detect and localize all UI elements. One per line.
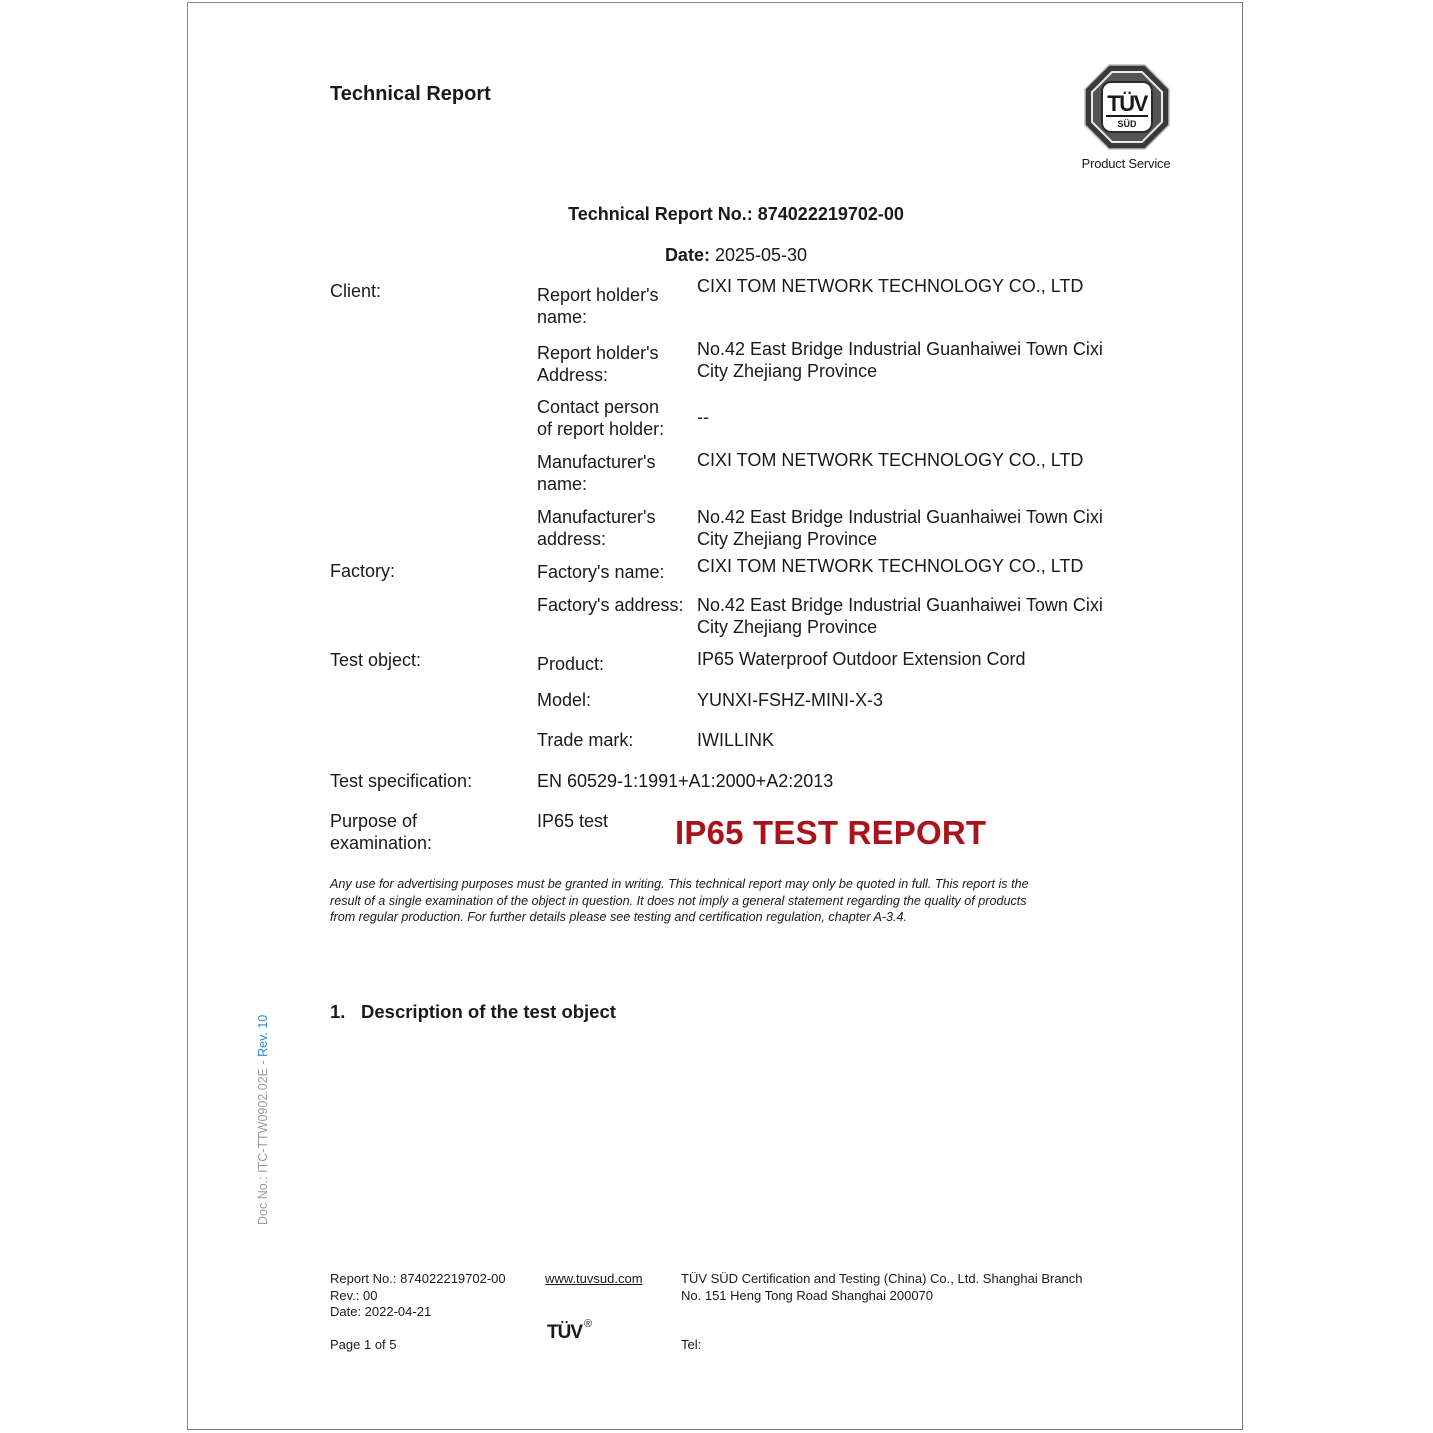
footer-company: TÜV SÜD Certification and Testing (China… [681, 1271, 1083, 1304]
side-doc-revision: Rev. 10 [256, 1015, 270, 1057]
report-number: Technical Report No.: 874022219702-00 [0, 204, 1433, 225]
report-holder-name-label: Report holder's name: [537, 284, 687, 328]
model-label: Model: [537, 689, 687, 711]
factory-name-label: Factory's name: [537, 561, 697, 583]
section-title: Description of the test object [361, 1001, 616, 1022]
test-object-label: Test object: [330, 649, 421, 671]
trade-mark-label: Trade mark: [537, 729, 687, 751]
side-doc-number: Doc No.: ITC-TTW0902.02E - Rev. 10 [256, 1015, 270, 1225]
manufacturer-address-label: Manufacturer's address: [537, 506, 687, 550]
footer-date: Date: 2022-04-21 [330, 1304, 506, 1321]
section-heading: 1.Description of the test object [330, 1001, 616, 1023]
ip65-test-report-stamp: IP65 TEST REPORT [675, 814, 986, 852]
logo-caption: Product Service [1070, 156, 1182, 171]
manufacturer-address-value: No.42 East Bridge Industrial Guanhaiwei … [697, 506, 1157, 550]
document-title: Technical Report [330, 83, 491, 106]
report-holder-address-value: No.42 East Bridge Industrial Guanhaiwei … [697, 338, 1157, 382]
model-value: YUNXI-FSHZ-MINI-X-3 [697, 689, 1157, 711]
report-date: Date: 2025-05-30 [0, 245, 1433, 266]
test-specification-label: Test specification: [330, 770, 472, 792]
footer-rev: Rev.: 00 [330, 1288, 506, 1305]
footer-company-address: No. 151 Heng Tong Road Shanghai 200070 [681, 1288, 1083, 1305]
manufacturer-name-value: CIXI TOM NETWORK TECHNOLOGY CO., LTD [697, 449, 1157, 471]
report-number-value: 874022219702-00 [758, 204, 904, 224]
report-date-value: 2025-05-30 [715, 245, 807, 265]
report-holder-address-label: Report holder's Address: [537, 342, 687, 386]
test-specification-value: EN 60529-1:1991+A1:2000+A2:2013 [537, 770, 937, 792]
report-date-label: Date: [665, 245, 710, 265]
purpose-value: IP65 test [537, 810, 687, 832]
tuv-sud-logo-icon: TÜV SÜD [1084, 64, 1170, 150]
report-number-label: Technical Report No.: [568, 204, 753, 224]
product-value: IP65 Waterproof Outdoor Extension Cord [697, 648, 1157, 670]
svg-text:TÜV: TÜV [1107, 91, 1148, 116]
factory-address-value: No.42 East Bridge Industrial Guanhaiwei … [697, 594, 1157, 638]
section-number: 1. [330, 1001, 361, 1023]
footer-website-link[interactable]: www.tuvsud.com [545, 1271, 643, 1288]
tuv-registered-mark-icon: TÜV® [547, 1322, 592, 1344]
page-number: Page 1 of 5 [330, 1337, 397, 1354]
client-label: Client: [330, 280, 381, 302]
svg-text:SÜD: SÜD [1117, 119, 1137, 129]
factory-address-label: Factory's address: [537, 594, 687, 616]
footer-tel: Tel: [681, 1337, 701, 1354]
purpose-label: Purpose of examination: [330, 810, 432, 854]
factory-name-value: CIXI TOM NETWORK TECHNOLOGY CO., LTD [697, 555, 1157, 577]
report-holder-name-value: CIXI TOM NETWORK TECHNOLOGY CO., LTD [697, 275, 1157, 297]
manufacturer-name-label: Manufacturer's name: [537, 451, 687, 495]
footer-company-name: TÜV SÜD Certification and Testing (China… [681, 1271, 1083, 1288]
trade-mark-value: IWILLINK [697, 729, 1157, 751]
footer-report-no: Report No.: 874022219702-00 [330, 1271, 506, 1288]
disclaimer: Any use for advertising purposes must be… [330, 876, 1130, 926]
contact-person-label: Contact person of report holder: [537, 396, 687, 440]
contact-person-value: -- [697, 406, 1157, 428]
footer-report-info: Report No.: 874022219702-00 Rev.: 00 Dat… [330, 1271, 506, 1321]
factory-label: Factory: [330, 560, 395, 582]
product-label: Product: [537, 653, 687, 675]
